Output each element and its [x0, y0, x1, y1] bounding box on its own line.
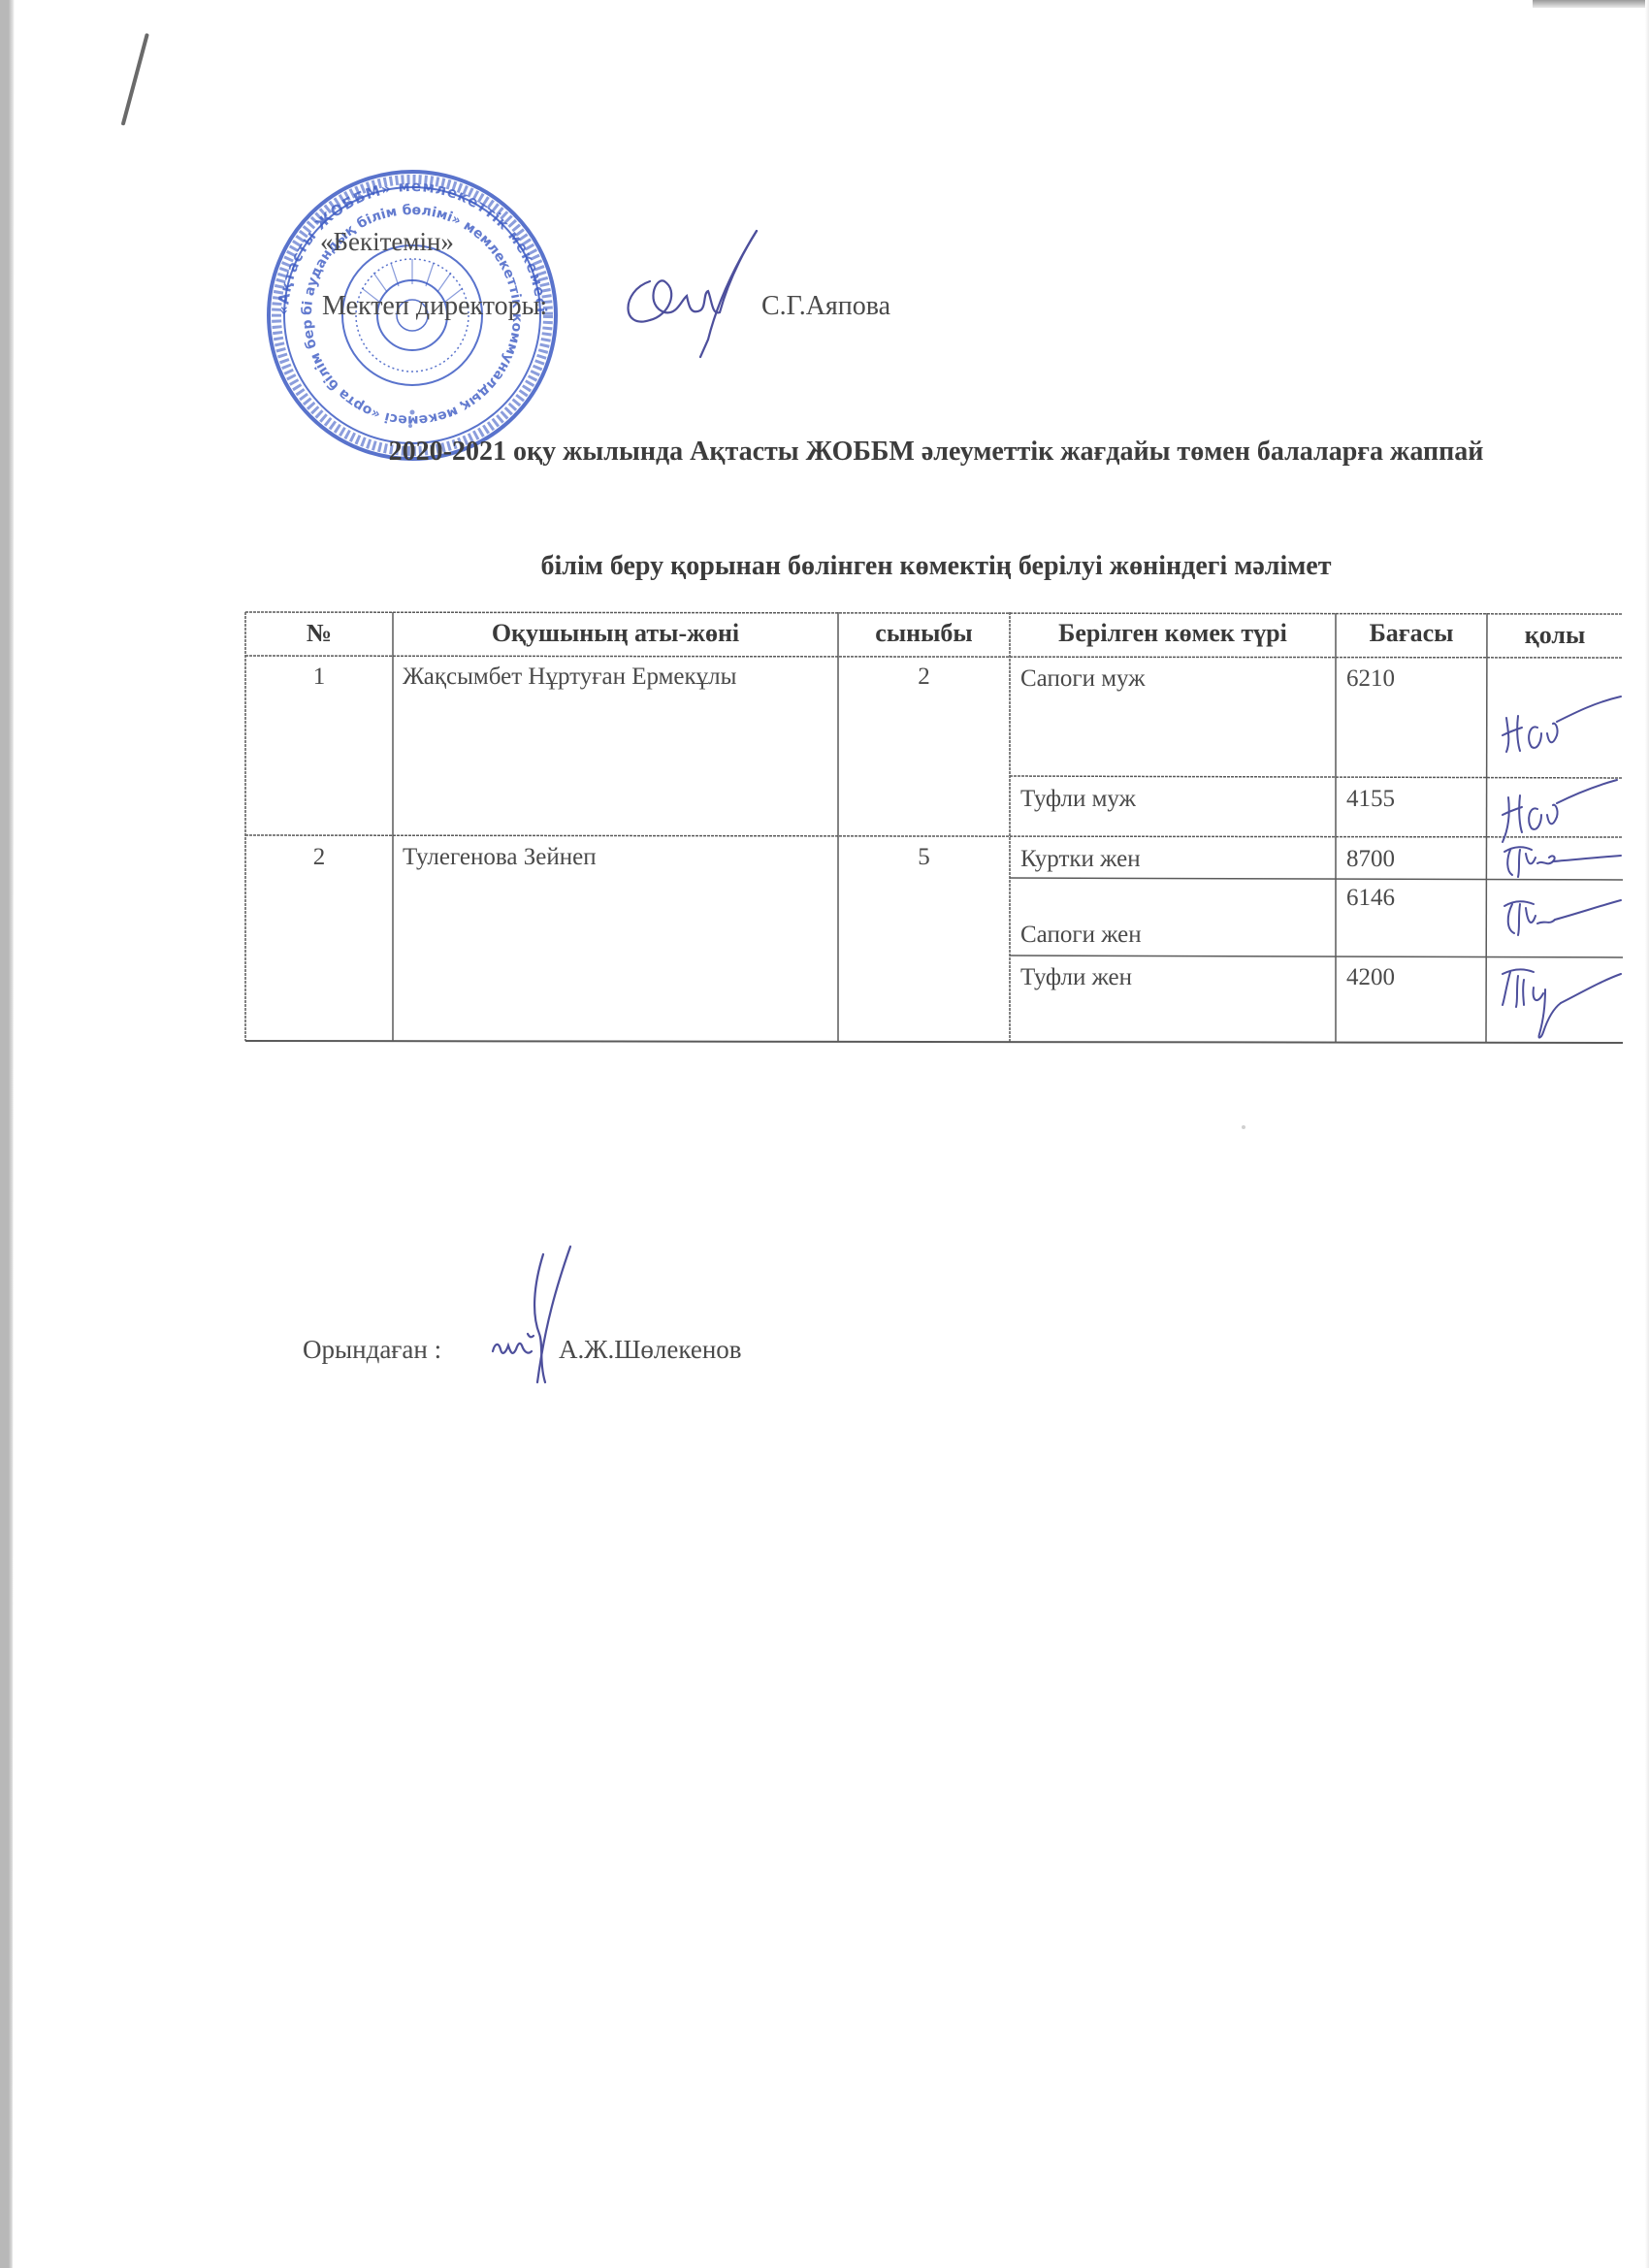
aid-price: 4200	[1346, 964, 1395, 991]
scan-speck	[1242, 1125, 1245, 1129]
aid-type: Куртки жен	[1020, 846, 1141, 873]
student-signature-icon	[1499, 960, 1623, 1042]
aid-type: Туфли жен	[1020, 964, 1132, 991]
performer-name: А.Ж.Шөлекенов	[559, 1335, 742, 1365]
aid-type: Сапоги муж	[1020, 665, 1145, 693]
header-signature: қолы	[1487, 621, 1623, 650]
aid-price: 6210	[1346, 665, 1395, 693]
director-name: С.Г.Аяпова	[761, 291, 890, 322]
scan-shadow-left	[0, 0, 16, 2268]
student-grade: 5	[838, 844, 1010, 871]
student-signature-icon	[1499, 776, 1623, 844]
aid-table-grid	[0, 0, 1649, 2268]
document-title: 2020-2021 оқу жылында Ақтасты ЖОББМ әлеу…	[320, 433, 1552, 471]
director-label: Мектеп директоры:	[322, 291, 547, 322]
scan-shadow-right	[1645, 0, 1649, 2268]
header-grade: сыныбы	[838, 619, 1010, 648]
student-name: Тулегенова Зейнеп	[403, 844, 597, 871]
student-name: Жақсымбет Нұртуған Ермекұлы	[403, 664, 736, 691]
header-number: №	[245, 619, 393, 648]
row-number: 1	[245, 664, 393, 691]
document-subtitle: білім беру қорынан бөлінген көмектің бер…	[320, 551, 1552, 582]
performer-signature-icon	[485, 1237, 601, 1392]
row-number: 2	[245, 844, 393, 871]
header-student-name: Оқушының аты-жөні	[393, 619, 838, 648]
aid-price: 6146	[1346, 885, 1395, 912]
aid-type: Туфли муж	[1020, 786, 1136, 813]
header-aid-type: Берілген көмек түрі	[1010, 619, 1336, 648]
student-signature-icon	[1499, 689, 1623, 759]
aid-price: 8700	[1346, 846, 1395, 873]
pen-mark	[121, 33, 149, 126]
scan-shadow-top	[1533, 0, 1649, 8]
header-price: Бағасы	[1336, 619, 1487, 648]
performer-label: Орындаған :	[303, 1335, 441, 1365]
approval-heading: «Бекітемін»	[320, 227, 454, 257]
aid-type: Сапоги жен	[1020, 922, 1142, 949]
student-grade: 2	[838, 664, 1010, 691]
aid-price: 4155	[1346, 786, 1395, 813]
student-signature-icon	[1499, 891, 1623, 947]
student-signature-icon	[1499, 842, 1623, 881]
director-signature-icon	[611, 223, 766, 359]
